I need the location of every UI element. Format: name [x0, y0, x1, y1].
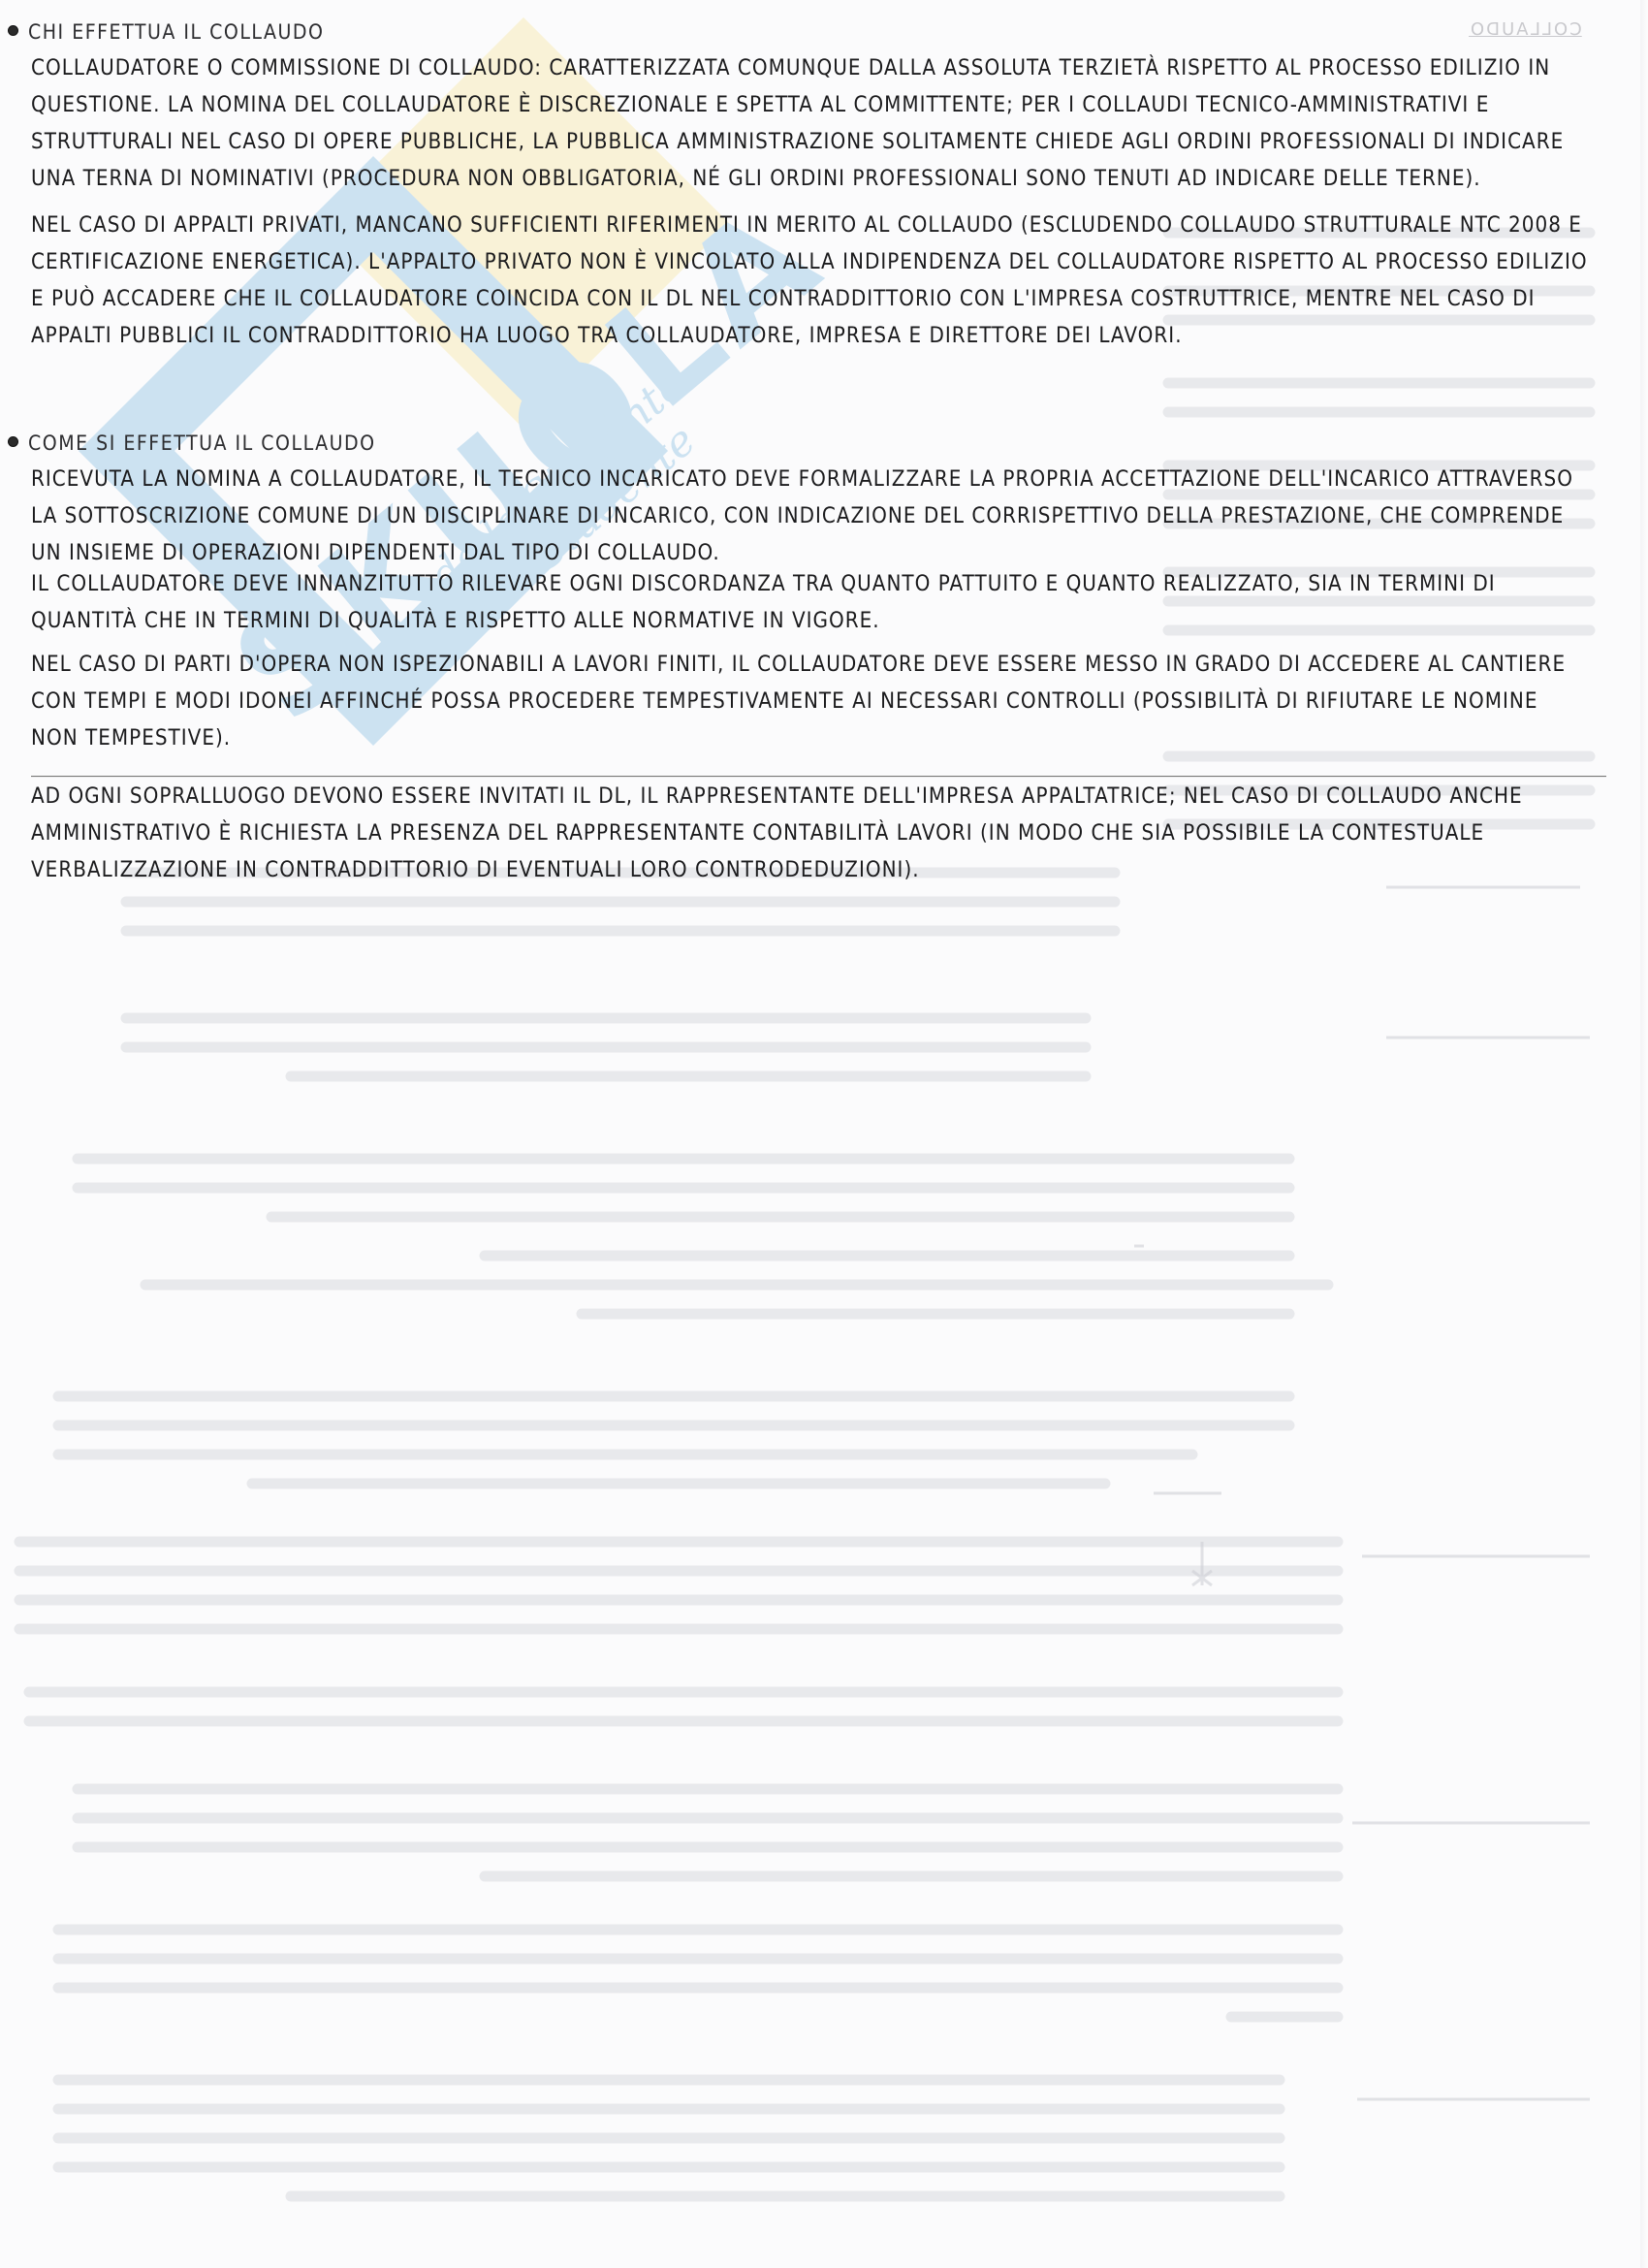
paragraph: Il collaudatore deve innanzitutto rileva… [31, 564, 1592, 638]
paragraph: Ricevuta la nomina a collaudatore, il te… [31, 460, 1592, 570]
scan-page-edge [1640, 0, 1648, 2268]
section-heading: Come si effettua il collaudo [8, 425, 376, 458]
section-title: Chi effettua il collaudo [28, 14, 324, 50]
paragraph: Nel caso di appalti privati, mancano suf… [31, 206, 1592, 353]
bullet-icon [8, 25, 18, 36]
section-heading: Chi effettua il collaudo [8, 14, 324, 47]
paragraph: Ad ogni sopralluogo devono essere invita… [31, 776, 1606, 887]
bullet-icon [8, 436, 18, 447]
paragraph: Collaudatore o commissione di collaudo: … [31, 48, 1592, 196]
paragraph: Nel caso di parti d'opera non ispezionab… [31, 645, 1592, 755]
reverse-header-stamp: COLLAUDO [1469, 19, 1582, 40]
section-title: Come si effettua il collaudo [28, 425, 376, 462]
